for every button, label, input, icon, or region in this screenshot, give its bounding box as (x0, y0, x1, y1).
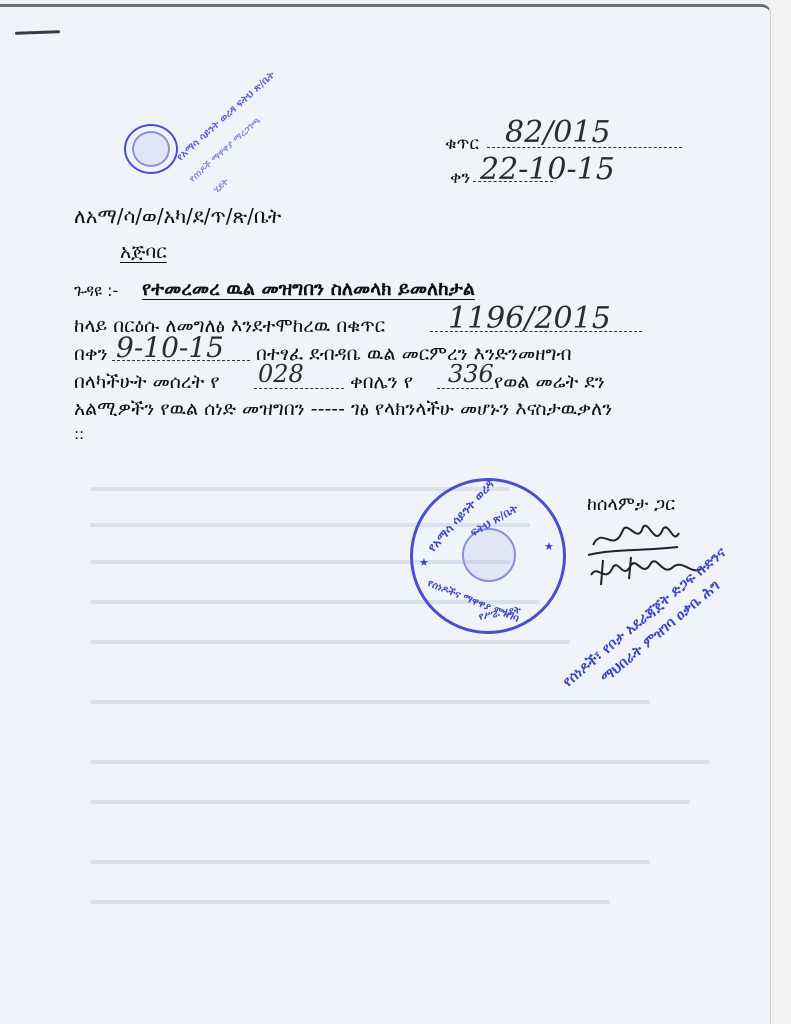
emblem-icon (462, 528, 516, 582)
body-date: 9-10-15 (116, 334, 224, 362)
bleed-through-line (90, 860, 650, 864)
subject-text: የተመረመረ ዉል መዝግበን ስለመላክ ይመለከታል (142, 280, 475, 299)
count-2-line (437, 388, 493, 389)
body-line-3-suffix: የወል መሬት ደን (494, 373, 605, 392)
body-reference-number: 1196/2015 (448, 304, 611, 334)
reference-number: 82/015 (505, 118, 611, 148)
closing: ከሰላምታ ጋር (587, 496, 675, 514)
bleed-through-line (90, 900, 610, 904)
count-1: 028 (258, 362, 304, 386)
body-line-4: አልሚዎችን የዉል ሰነድ መዝግበን ----- ገፅ የላክንላችሁ መሆ… (74, 400, 612, 419)
body-line-5: :: (74, 427, 84, 442)
bleed-through-line (90, 800, 690, 804)
bleed-through-line (90, 700, 650, 704)
bleed-through-line (90, 640, 570, 644)
count-2: 336 (448, 362, 494, 386)
body-line-3-mid: ቀበሌን የ (350, 373, 413, 392)
emblem-icon (132, 131, 170, 167)
recipient: ለአማ/ሳ/ወ/አካ/ደ/ጥ/ጽ/ቤት (74, 206, 281, 226)
date-value: 22-10-15 (480, 155, 615, 185)
pen-mark (15, 30, 60, 35)
reference-label: ቁጥር (445, 136, 479, 153)
body-line-3-prefix: በላካችሁት መሰረት የ (74, 373, 220, 392)
bleed-through-line (90, 760, 710, 764)
body-line-2-prefix: በቀን (74, 345, 108, 364)
count-1-line (254, 388, 344, 389)
subject-label: ጉዳዩ :- (74, 283, 118, 299)
scanner-background (770, 0, 791, 1024)
recipient-location: አጅባር (120, 243, 167, 262)
star-icon: ★ (544, 540, 554, 553)
star-icon: ★ (419, 556, 429, 569)
date-label: ቀን (450, 170, 470, 187)
